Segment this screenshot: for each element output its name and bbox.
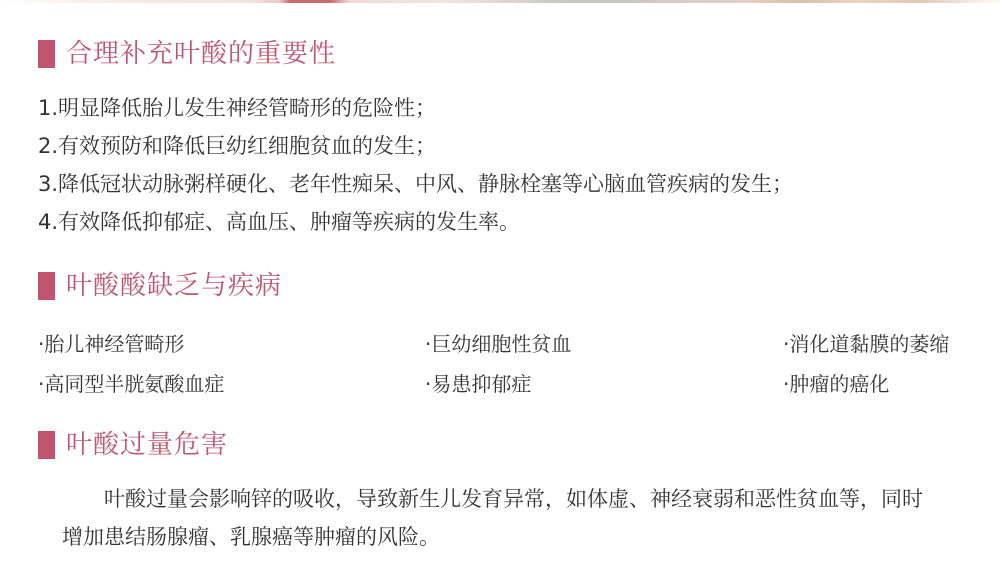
- section-title: 叶酸过量危害: [66, 431, 228, 459]
- section-heading-importance: 合理补充叶酸的重要性: [38, 40, 336, 68]
- heading-square-icon: [38, 431, 55, 459]
- list-item: 4.有效降低抑郁症、高血压、肿瘤等疾病的发生率。: [38, 203, 970, 241]
- paragraph-line: 叶酸过量会影响锌的吸收，导致新生儿发育异常，如体虚、神经衰弱和恶性贫血等，同时: [62, 480, 952, 518]
- disease-item: ·胎儿神经管畸形: [38, 324, 425, 364]
- disease-item: ·巨幼细胞性贫血: [425, 324, 783, 364]
- heading-square-icon: [38, 272, 55, 300]
- heading-square-icon: [38, 40, 55, 68]
- section-heading-deficiency: 叶酸酸缺乏与疾病: [38, 272, 282, 300]
- disease-item: ·高同型半胱氨酸血症: [38, 364, 425, 404]
- section-heading-overdose: 叶酸过量危害: [38, 431, 228, 459]
- paragraph-line: 增加患结肠腺瘤、乳腺癌等肿瘤的风险。: [62, 518, 952, 556]
- list-item: 2.有效预防和降低巨幼红细胞贫血的发生；: [38, 127, 970, 165]
- list-item: 3.降低冠状动脉粥样硬化、老年性痴呆、中风、静脉栓塞等心脑血管疾病的发生；: [38, 165, 970, 203]
- importance-list: 1.明显降低胎儿发生神经管畸形的危险性； 2.有效预防和降低巨幼红细胞贫血的发生…: [38, 89, 970, 241]
- disease-item: ·易患抑郁症: [425, 364, 783, 404]
- disease-item: ·消化道黏膜的萎缩: [783, 324, 970, 364]
- section-title: 合理补充叶酸的重要性: [66, 40, 336, 68]
- overdose-paragraph: 叶酸过量会影响锌的吸收，导致新生儿发育异常，如体虚、神经衰弱和恶性贫血等，同时 …: [62, 480, 952, 556]
- disease-item: ·肿瘤的癌化: [783, 364, 970, 404]
- folic-acid-info-page: 合理补充叶酸的重要性 1.明显降低胎儿发生神经管畸形的危险性； 2.有效预防和降…: [0, 0, 1000, 567]
- section-title: 叶酸酸缺乏与疾病: [66, 272, 282, 300]
- photo-edge-strip: [0, 0, 1000, 3]
- deficiency-disease-grid: ·胎儿神经管畸形 ·巨幼细胞性贫血 ·消化道黏膜的萎缩 ·高同型半胱氨酸血症 ·…: [38, 324, 970, 404]
- list-item: 1.明显降低胎儿发生神经管畸形的危险性；: [38, 89, 970, 127]
